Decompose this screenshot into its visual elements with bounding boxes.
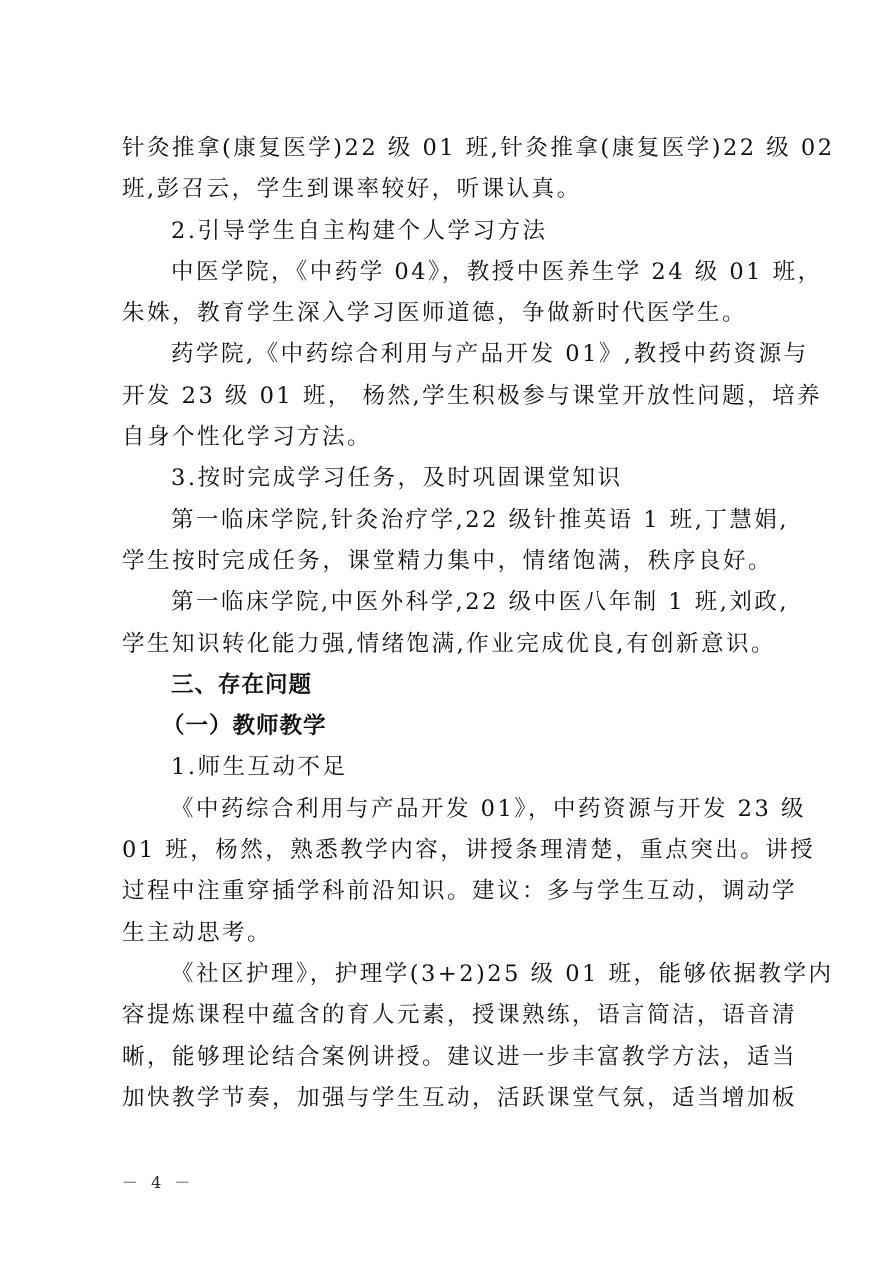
paragraph-line: 班,彭召云，学生到课率较好，听课认真。 (122, 169, 773, 210)
paragraph-line: 中医学院，《中药学 04》，教授中医养生学 24 级 01 班， (122, 252, 773, 293)
paragraph-line: 学生知识转化能力强,情绪饱满,作业完成优良,有创新意识。 (122, 624, 773, 665)
paragraph-line: 《中药综合利用与产品开发 01》，中药资源与开发 23 级 (122, 789, 773, 830)
section-item-title: 3.按时完成学习任务，及时巩固课堂知识 (122, 458, 773, 499)
paragraph-line: 药学院,《中药综合利用与产品开发 01》,教授中药资源与 (122, 334, 773, 375)
section-heading: 三、存在问题 (122, 665, 773, 706)
paragraph-line: 朱姝，教育学生深入学习医师道德，争做新时代医学生。 (122, 293, 773, 334)
paragraph-line: 加快教学节奏，加强与学生互动，活跃课堂气氛，适当增加板 (122, 1078, 773, 1119)
paragraph-line: 《社区护理》，护理学(3+2)25 级 01 班，能够依据教学内 (122, 954, 773, 995)
paragraph-line: 开发 23 级 01 班， 杨然,学生积极参与课堂开放性问题，培养 (122, 376, 773, 417)
document-body: 针灸推拿(康复医学)22 级 01 班,针灸推拿(康复医学)22 级 02 班,… (122, 128, 773, 1119)
paragraph-line: 针灸推拿(康复医学)22 级 01 班,针灸推拿(康复医学)22 级 02 (122, 128, 773, 169)
paragraph-line: 学生按时完成任务，课堂精力集中，情绪饱满，秩序良好。 (122, 541, 773, 582)
paragraph-line: 第一临床学院,针灸治疗学,22 级针推英语 1 班,丁慧娟, (122, 500, 773, 541)
section-item-title: 2.引导学生自主构建个人学习方法 (122, 211, 773, 252)
subsection-heading: （一）教师教学 (122, 706, 773, 747)
paragraph-line: 第一临床学院,中医外科学,22 级中医八年制 1 班,刘政, (122, 582, 773, 623)
paragraph-line: 过程中注重穿插学科前沿知识。建议：多与学生互动，调动学 (122, 871, 773, 912)
paragraph-line: 晰，能够理论结合案例讲授。建议进一步丰富教学方法，适当 (122, 1037, 773, 1078)
paragraph-line: 自身个性化学习方法。 (122, 417, 773, 458)
paragraph-line: 01 班，杨然，熟悉教学内容，讲授条理清楚，重点突出。讲授 (122, 830, 773, 871)
page-number: － 4 － (122, 1170, 194, 1193)
paragraph-line: 容提炼课程中蕴含的育人元素，授课熟练，语言简洁，语音清 (122, 995, 773, 1036)
paragraph-line: 生主动思考。 (122, 913, 773, 954)
section-item-title: 1.师生互动不足 (122, 747, 773, 788)
